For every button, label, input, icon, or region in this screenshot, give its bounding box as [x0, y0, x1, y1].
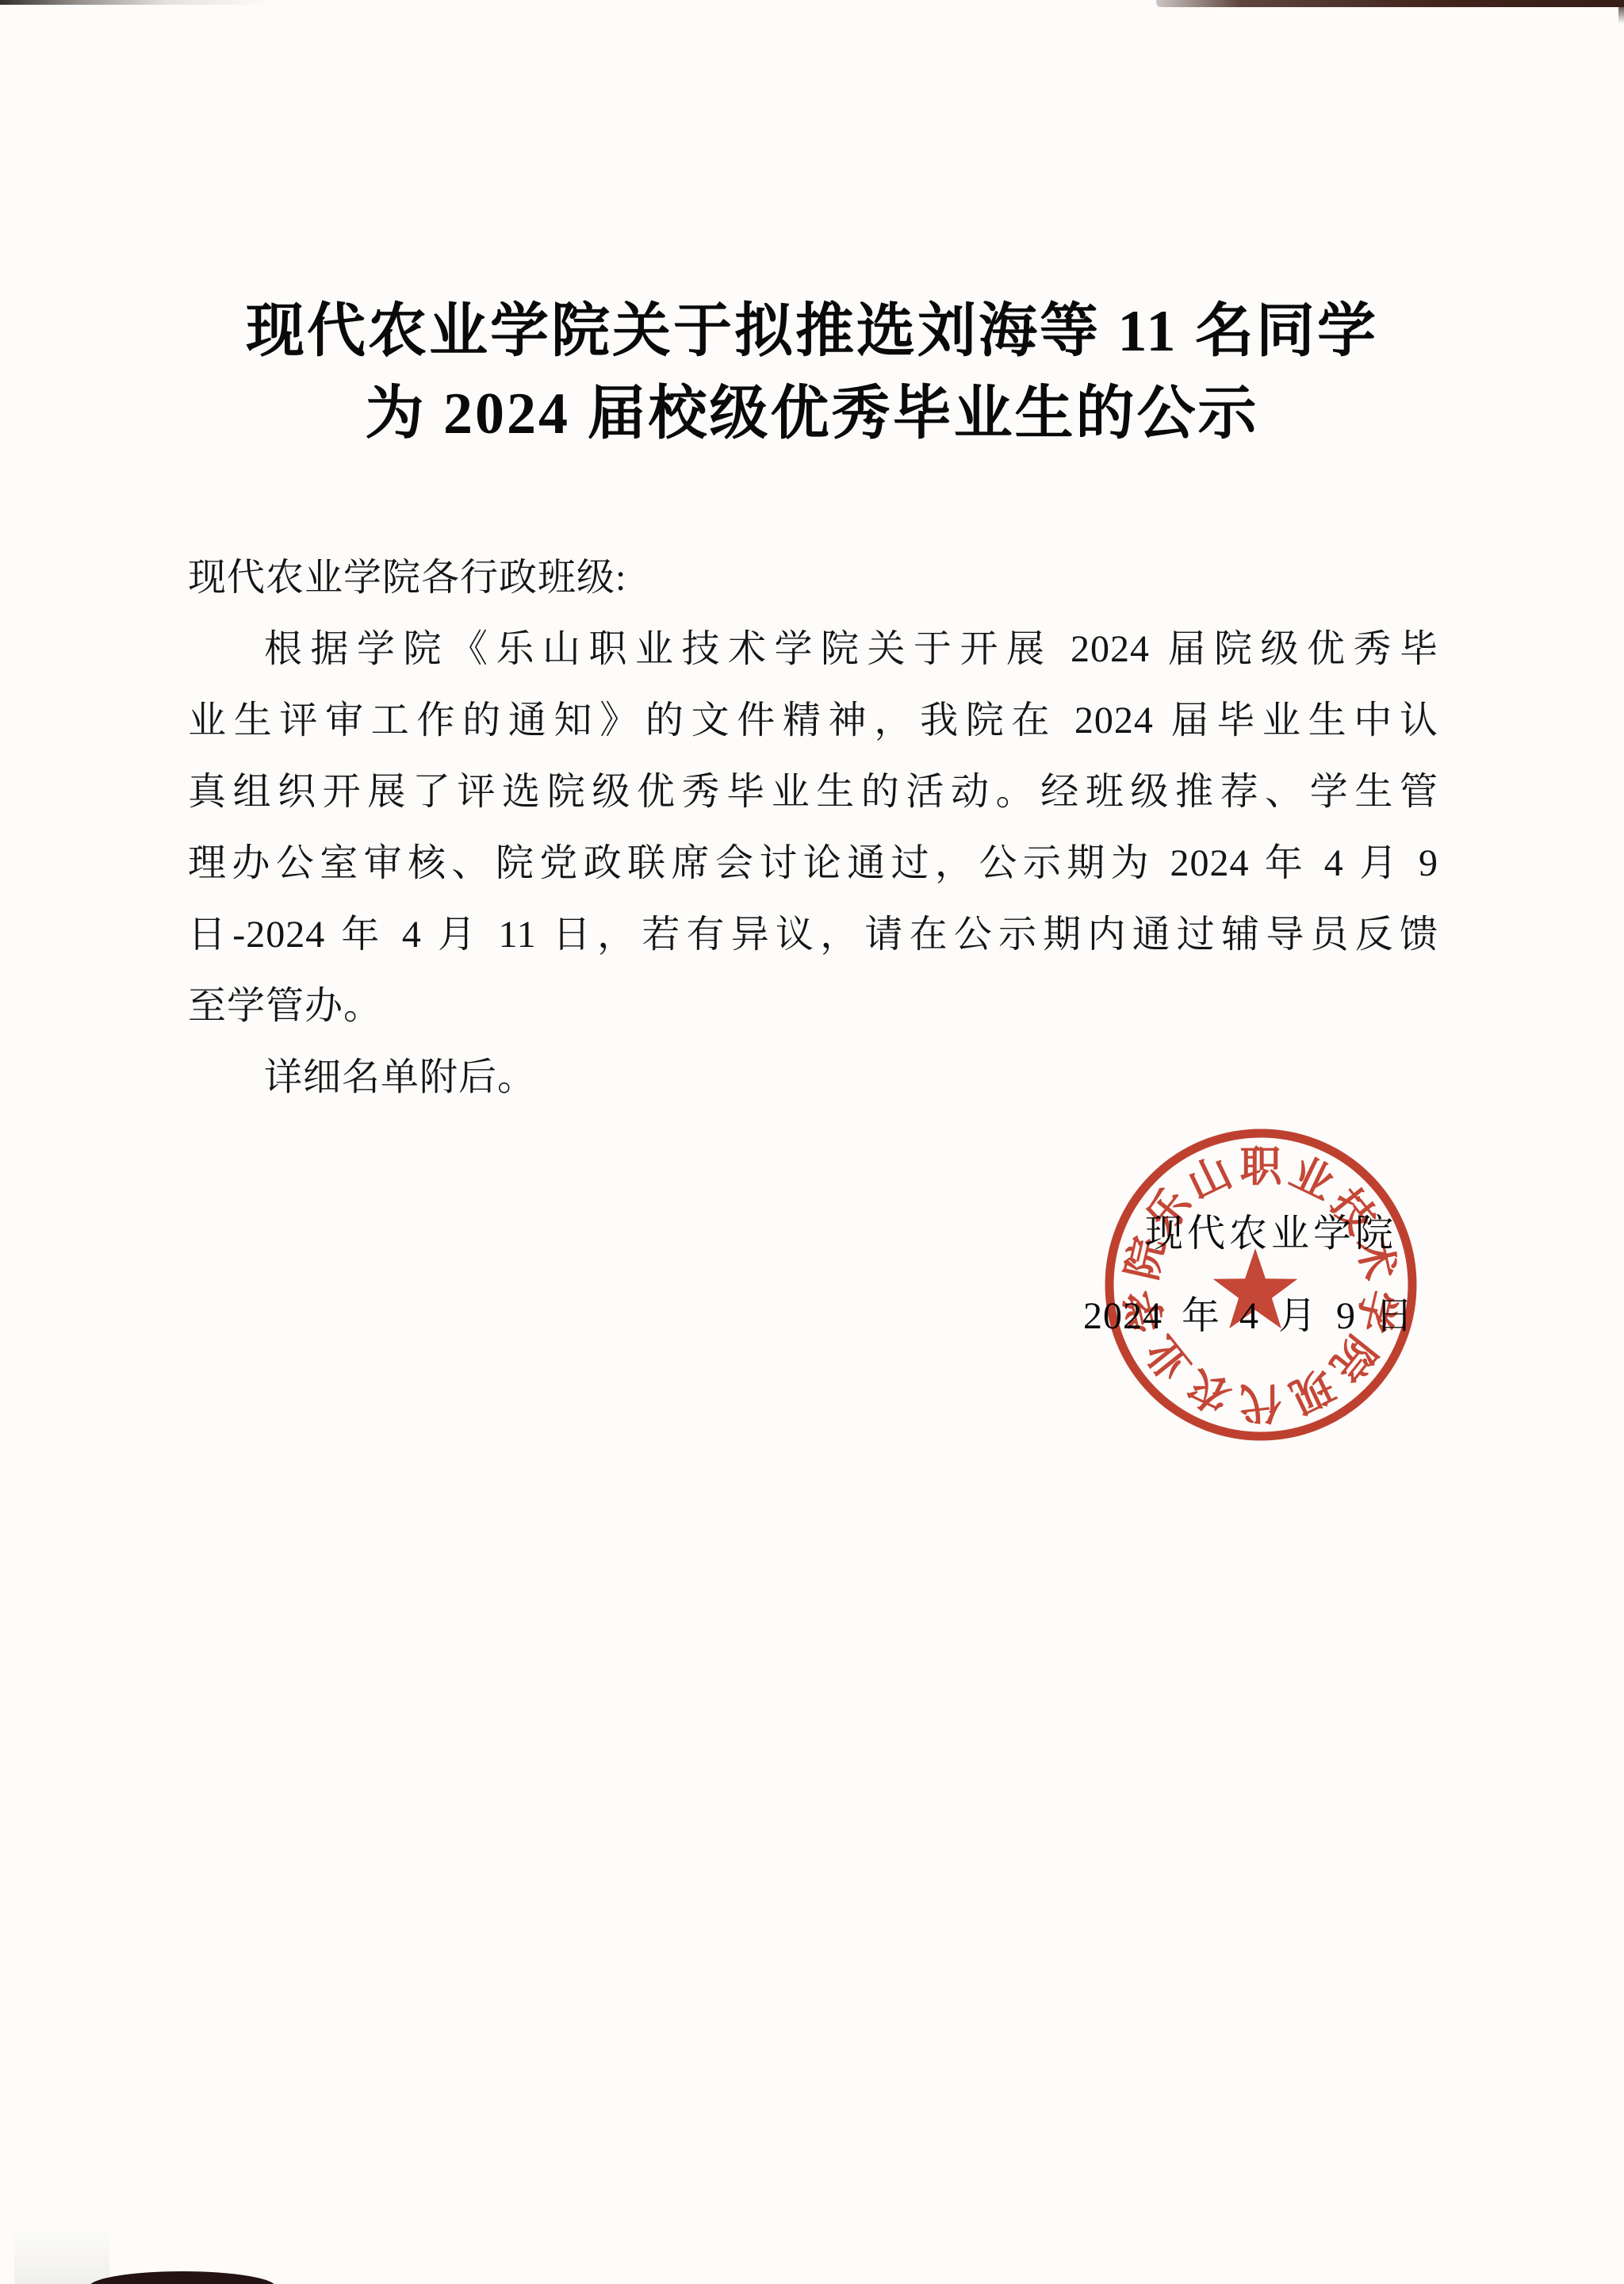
body-line: 至学管办。: [188, 971, 1438, 1042]
scan-artifact-right-edge-tick: [1618, 0, 1624, 24]
title-line-2: 为 2024 届校级优秀毕业生的公示: [0, 373, 1624, 455]
salutation: 现代农业学院各行政班级:: [188, 542, 1438, 614]
body-line: 根据学院《乐山职业技术学院关于开展 2024 届院级优秀毕: [188, 614, 1438, 685]
seal-ring-char: 学: [1119, 1286, 1174, 1337]
scan-artifact-bottom-blob: [89, 2271, 276, 2284]
scan-artifact-top-left-smudge: [0, 0, 270, 5]
seal-ring-char: 院: [1119, 1233, 1174, 1285]
official-seal: 乐山职业技术学院现代农业学院: [1086, 1110, 1435, 1459]
body-line: 真组织开展了评选院级优秀毕业生的活动。经班级推荐、学生管: [188, 757, 1438, 828]
seal-ring-char: 代: [1240, 1379, 1282, 1426]
seal-ring-char: 学: [1348, 1286, 1403, 1337]
seal-ring-char: 业: [1283, 1149, 1341, 1209]
title-line-1: 现代农业学院关于拟推选刘海等 11 名同学: [0, 290, 1624, 373]
body-line: 理办公室审核、院党政联席会讨论通过，公示期为 2024 年 4 月 9: [188, 828, 1438, 899]
seal-ring-char: 术: [1348, 1233, 1403, 1285]
scan-artifact-bottom-streaks: [14, 2225, 109, 2284]
document-page: 现代农业学院关于拟推选刘海等 11 名同学 为 2024 届校级优秀毕业生的公示…: [0, 0, 1624, 2284]
seal-ring-char: 职: [1240, 1144, 1284, 1190]
document-body: 现代农业学院各行政班级: 根据学院《乐山职业技术学院关于开展 2024 届院级优…: [188, 542, 1438, 1113]
seal-ring-char: 山: [1181, 1149, 1239, 1209]
seal-ring-char: 农: [1181, 1361, 1239, 1421]
body-line: 日-2024 年 4 月 11 日，若有异议，请在公示期内通过辅导员反馈: [188, 899, 1438, 971]
scan-artifact-top-right-line: [1156, 0, 1624, 7]
body-line: 业生评审工作的通知》的文件精神，我院在 2024 届毕业生中认: [188, 685, 1438, 757]
seal-ring-char: 现: [1283, 1361, 1341, 1420]
document-title: 现代农业学院关于拟推选刘海等 11 名同学 为 2024 届校级优秀毕业生的公示: [0, 290, 1624, 455]
star-icon: [1213, 1248, 1298, 1328]
closing-line: 详细名单附后。: [188, 1042, 1438, 1113]
